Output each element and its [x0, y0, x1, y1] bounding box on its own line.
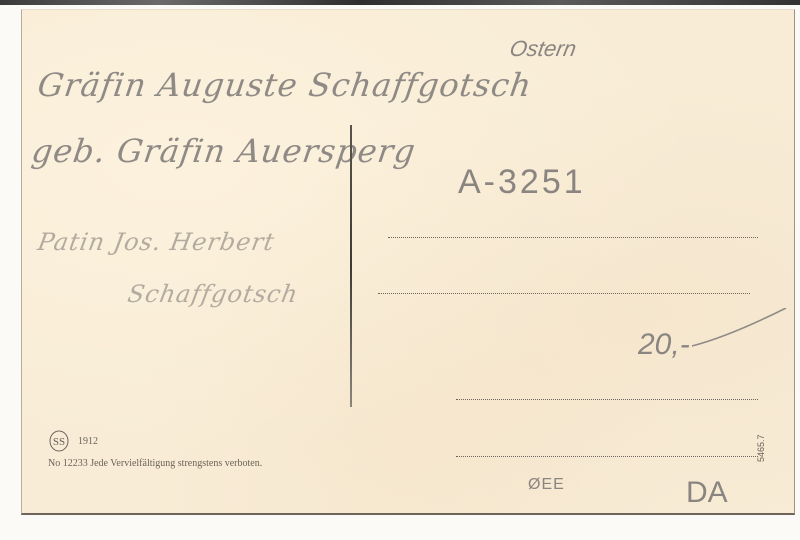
handwriting-line-surname: Schaffgotsch — [126, 280, 301, 308]
pencil-mark-left: ØEE — [528, 476, 565, 494]
address-line-1 — [388, 237, 758, 238]
printer-code: 5465.7 — [756, 434, 766, 462]
pencil-note-ostern: Ostern — [508, 36, 579, 62]
address-line-2 — [378, 293, 750, 294]
handwriting-line-godchild: Patin Jos. Herbert — [36, 228, 278, 256]
pencil-price: 20,- — [638, 328, 690, 362]
scan-top-edge — [0, 0, 800, 5]
message-address-divider — [350, 125, 352, 407]
address-line-4 — [456, 456, 758, 457]
pencil-stroke-icon — [690, 308, 790, 358]
pencil-mark-da: DA — [686, 476, 728, 510]
pencil-catalog-number: A-3251 — [458, 163, 586, 202]
publisher-year: 1912 — [78, 436, 98, 447]
postcard-back: Gräfin Auguste Schaffgotsch geb. Gräfin … — [21, 9, 795, 515]
handwriting-line-name: Gräfin Auguste Schaffgotsch — [35, 66, 534, 104]
address-line-3 — [456, 399, 758, 400]
copyright-notice: No 12233 Jede Vervielfältigung strengste… — [48, 458, 262, 469]
ss-monogram-icon: SS — [48, 430, 70, 452]
svg-text:SS: SS — [53, 436, 65, 448]
handwriting-line-maiden-name: geb. Gräfin Auersperg — [29, 132, 418, 170]
